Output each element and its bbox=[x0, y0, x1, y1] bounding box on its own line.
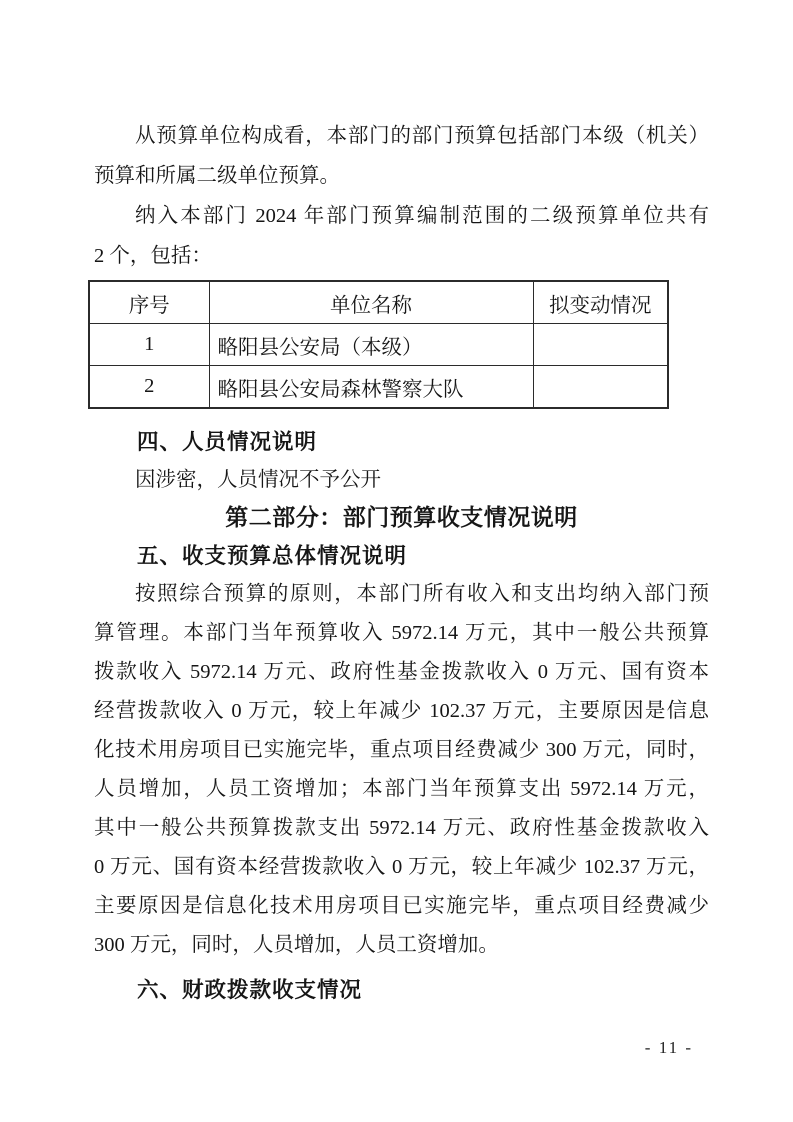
paragraph-line: 其中一般公共预算拨款支出 5972.14 万元、政府性基金拨款收入 bbox=[94, 809, 709, 848]
units-table-header-name: 单位名称 bbox=[209, 281, 533, 324]
paragraph-line: 300 万元，同时，人员增加，人员工资增加。 bbox=[94, 926, 709, 965]
section6-heading: 六、财政拨款收支情况 bbox=[94, 971, 709, 1009]
units-table-header-no: 序号 bbox=[89, 281, 209, 324]
section4-heading: 四、人员情况说明 bbox=[94, 423, 709, 461]
unit-no-cell: 2 bbox=[89, 366, 209, 409]
paragraph-line: 化技术用房项目已实施完毕，重点项目经费减少 300 万元，同时， bbox=[94, 731, 709, 770]
unit-name-cell: 略阳县公安局森林警察大队 bbox=[209, 366, 533, 409]
paragraph-line: 人员增加，人员工资增加；本部门当年预算支出 5972.14 万元， bbox=[94, 770, 709, 809]
paragraph-line: 按照综合预算的原则，本部门所有收入和支出均纳入部门预 bbox=[94, 575, 709, 614]
paragraph-secondary-units-count: 纳入本部门 2024 年部门预算编制范围的二级预算单位共有 2 个，包括： bbox=[94, 196, 709, 276]
paragraph-line: 从预算单位构成看，本部门的部门预算包括部门本级（机关） bbox=[94, 116, 709, 156]
unit-change-cell bbox=[533, 366, 668, 409]
page-number: - 11 - bbox=[645, 1038, 693, 1058]
paragraph-line: 预算和所属二级单位预算。 bbox=[94, 156, 709, 196]
units-table-row: 1 略阳县公安局（本级） bbox=[89, 324, 668, 366]
paragraph-line: 算管理。本部门当年预算收入 5972.14 万元，其中一般公共预算 bbox=[94, 614, 709, 653]
units-table-header-change: 拟变动情况 bbox=[533, 281, 668, 324]
paragraph-line: 经营拨款收入 0 万元，较上年减少 102.37 万元，主要原因是信息 bbox=[94, 692, 709, 731]
unit-no-cell: 1 bbox=[89, 324, 209, 366]
document-page: 从预算单位构成看，本部门的部门预算包括部门本级（机关） 预算和所属二级单位预算。… bbox=[0, 0, 793, 1122]
paragraph-budget-totals: 按照综合预算的原则，本部门所有收入和支出均纳入部门预 算管理。本部门当年预算收入… bbox=[94, 575, 709, 965]
unit-change-cell bbox=[533, 324, 668, 366]
unit-name-cell: 略阳县公安局（本级） bbox=[209, 324, 533, 366]
part2-title: 第二部分：部门预算收支情况说明 bbox=[94, 499, 709, 537]
units-table: 序号 单位名称 拟变动情况 1 略阳县公安局（本级） 2 略阳县公安局森林警察大… bbox=[88, 280, 669, 409]
section5-heading: 五、收支预算总体情况说明 bbox=[94, 537, 709, 575]
secrecy-note: 因涉密，人员情况不予公开 bbox=[94, 461, 709, 499]
paragraph-line: 纳入本部门 2024 年部门预算编制范围的二级预算单位共有 bbox=[94, 196, 709, 236]
paragraph-line: 拨款收入 5972.14 万元、政府性基金拨款收入 0 万元、国有资本 bbox=[94, 653, 709, 692]
units-table-header-row: 序号 单位名称 拟变动情况 bbox=[89, 281, 668, 324]
paragraph-line: 2 个，包括： bbox=[94, 236, 709, 276]
paragraph-line: 主要原因是信息化技术用房项目已实施完毕，重点项目经费减少 bbox=[94, 887, 709, 926]
units-table-row: 2 略阳县公安局森林警察大队 bbox=[89, 366, 668, 409]
paragraph-line: 0 万元、国有资本经营拨款收入 0 万元，较上年减少 102.37 万元， bbox=[94, 848, 709, 887]
intro-paragraph-budget-composition: 从预算单位构成看，本部门的部门预算包括部门本级（机关） 预算和所属二级单位预算。 bbox=[94, 116, 709, 196]
